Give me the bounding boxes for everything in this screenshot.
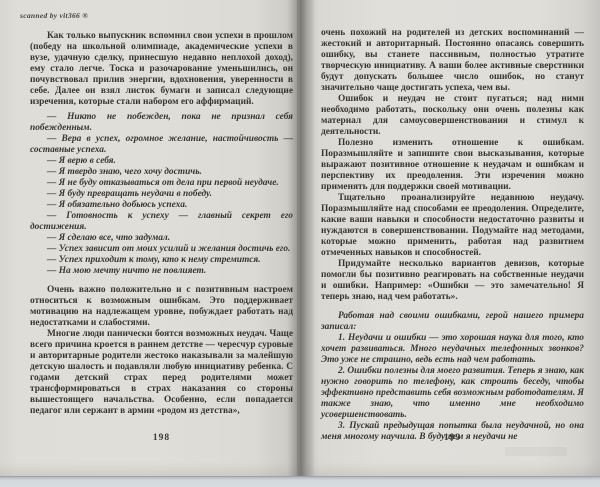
scanner-watermark-label: scanned by vit366 ® <box>20 11 88 20</box>
page-number-left: 198 <box>30 433 293 443</box>
affirmation-item: — Готовность к успеху — главный секрет е… <box>30 211 293 233</box>
affirmation-item: — Я верю в себя. <box>30 156 293 167</box>
scanner-bed-strip <box>0 476 600 487</box>
affirmation-item: — Я не буду отказываться от дела при пер… <box>30 178 293 189</box>
affirmation-item: — Никто не побежден, пока не признал себ… <box>30 112 293 134</box>
example-item: 1. Неудачи и ошибки — это хорошая наука … <box>321 333 584 366</box>
paragraph: очень похожий на родителей из детских во… <box>321 28 584 94</box>
affirmation-item: — Я твердо знаю, чего хочу достичь. <box>30 167 293 178</box>
example-intro: Работая над своими ошибками, герой нашег… <box>321 311 584 333</box>
affirmation-item: — Я сделаю все, что задумал. <box>30 233 293 244</box>
affirmation-item: — Вера в успех, огромное желание, настой… <box>30 134 293 156</box>
right-page-text: очень похожий на родителей из детских во… <box>321 28 584 443</box>
affirmation-item: — На мою мечту ничто не повлияет. <box>30 266 293 277</box>
paragraph: Ошибок и неудач не стоит пугаться; над н… <box>321 94 584 138</box>
affirmation-item: — Я буду превращать неудачи в победу. <box>30 189 293 200</box>
affirmation-item: — Успех зависит от моих усилий и желания… <box>30 244 293 255</box>
page-number-right: 199 <box>321 433 584 443</box>
paragraph: Многие люди панически боятся возможных н… <box>30 329 293 417</box>
paragraph: Как только выпускник вспомнил свои успех… <box>30 31 293 108</box>
paragraph: Придумайте несколько вариантов девизов, … <box>321 259 584 303</box>
paragraph: Тщательно проанализируйте недавнюю неуда… <box>321 193 584 259</box>
faint-watermark <box>505 447 567 456</box>
paragraph: Полезно изменить отношение к ошибкам. По… <box>321 138 584 193</box>
affirmation-item: — Успех приходит к тому, кто к нему стре… <box>30 255 293 266</box>
book-scan: scanned by vit366 ® Как только выпускник… <box>0 0 600 487</box>
left-page-text: Как только выпускник вспомнил свои успех… <box>30 31 293 417</box>
affirmation-item: — Я обязательно добьюсь успеха. <box>30 200 293 211</box>
example-item: 2. Ошибки полезны для моего развития. Те… <box>321 366 584 421</box>
paragraph: Очень важно положительно и с позитивным … <box>30 285 293 329</box>
